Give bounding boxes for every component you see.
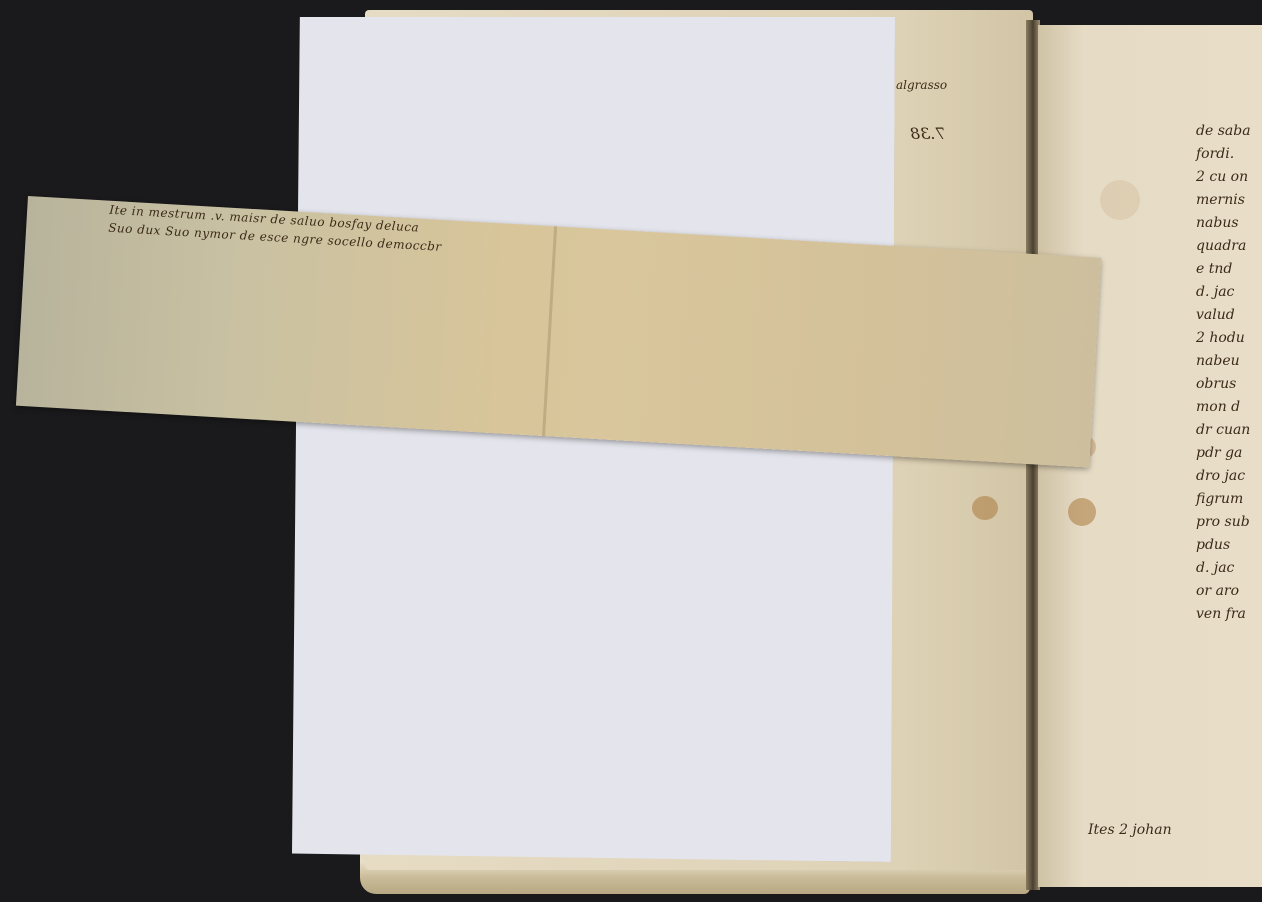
text-line: e tnd — [1196, 258, 1251, 281]
text-line: nabus — [1196, 212, 1251, 235]
manuscript-photo: algrasso 7.38 Ite in mestrum .v. maisr d… — [0, 0, 1262, 902]
text-line: obrus — [1196, 373, 1251, 396]
text-line: fordi. — [1196, 143, 1251, 166]
text-line: d. jac — [1196, 281, 1251, 304]
text-line: 2 hodu — [1196, 327, 1251, 350]
text-line: pdr ga — [1196, 442, 1251, 465]
text-line: pdus — [1196, 534, 1251, 557]
text-line: pro sub — [1196, 511, 1251, 534]
text-line: mon d — [1196, 396, 1251, 419]
folio-mark: 7.38 — [910, 124, 946, 143]
text-line: de saba — [1196, 120, 1251, 143]
text-line: quadra — [1196, 235, 1251, 258]
text-line: or aro — [1196, 580, 1251, 603]
stain — [972, 496, 998, 520]
text-line: valud — [1196, 304, 1251, 327]
text-line: d. jac — [1196, 557, 1251, 580]
text-line: dr cuan — [1196, 419, 1251, 442]
text-line: dro jac — [1196, 465, 1251, 488]
stain — [1100, 180, 1140, 220]
text-line: nabeu — [1196, 350, 1251, 373]
text-line: ven fra — [1196, 603, 1251, 626]
stain — [1068, 498, 1096, 526]
footer-note: Ites 2 johan — [1088, 822, 1172, 838]
text-line: figrum — [1196, 488, 1251, 511]
text-line: 2 cu on — [1196, 166, 1251, 189]
header-note: algrasso — [896, 78, 947, 92]
strip-fold — [542, 226, 557, 436]
right-page-text-column: de saba fordi. 2 cu on mernis nabus quad… — [1196, 120, 1251, 626]
text-line: mernis — [1196, 189, 1251, 212]
